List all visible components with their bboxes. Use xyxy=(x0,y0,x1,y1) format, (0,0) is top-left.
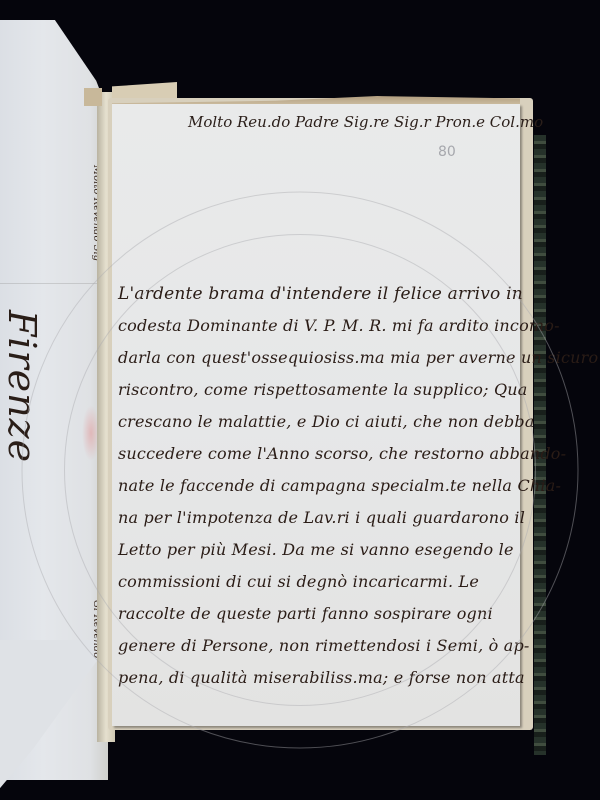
letter-body: L'ardente brama d'intendere il felice ar… xyxy=(118,278,518,694)
letter-line: darla con quest'ossequiosiss.ma mia per … xyxy=(118,342,518,374)
manuscript-photo: Firenze Molto Revendo Sig Gl Revendo Mol… xyxy=(0,0,600,800)
letter-line: genere di Persone, non rimettendosi i Se… xyxy=(118,630,518,662)
letter-line: raccolte de queste parti fanno sospirare… xyxy=(118,598,518,630)
letter-line: riscontro, come rispettosamente la suppl… xyxy=(118,374,518,406)
letter-line: codesta Dominante di V. P. M. R. mi fa a… xyxy=(118,310,518,342)
letter-line: na per l'impotenza de Lav.ri i quali gua… xyxy=(118,502,518,534)
letter-line: pena, di qualità miserabiliss.ma; e fors… xyxy=(118,662,518,694)
folio-number: 80 xyxy=(438,144,456,160)
letter-line: L'ardente brama d'intendere il felice ar… xyxy=(118,278,518,310)
letter-line: crescano le malattie, e Dio ci aiuti, ch… xyxy=(118,406,518,438)
paper-tab xyxy=(84,88,102,106)
letter-line: succedere come l'Anno scorso, che restor… xyxy=(118,438,518,470)
letter-line: Letto per più Mesi. Da me si vanno esege… xyxy=(118,534,518,566)
letter-line: commissioni di cui si degnò incaricarmi.… xyxy=(118,566,518,598)
fold-line xyxy=(0,283,105,284)
letter-line: nate le faccende di campagna specialm.te… xyxy=(118,470,518,502)
letter-salutation-header: Molto Reu.do Padre Sig.re Sig.r Pron.e C… xyxy=(188,113,488,131)
address-firenze: Firenze xyxy=(0,310,44,463)
